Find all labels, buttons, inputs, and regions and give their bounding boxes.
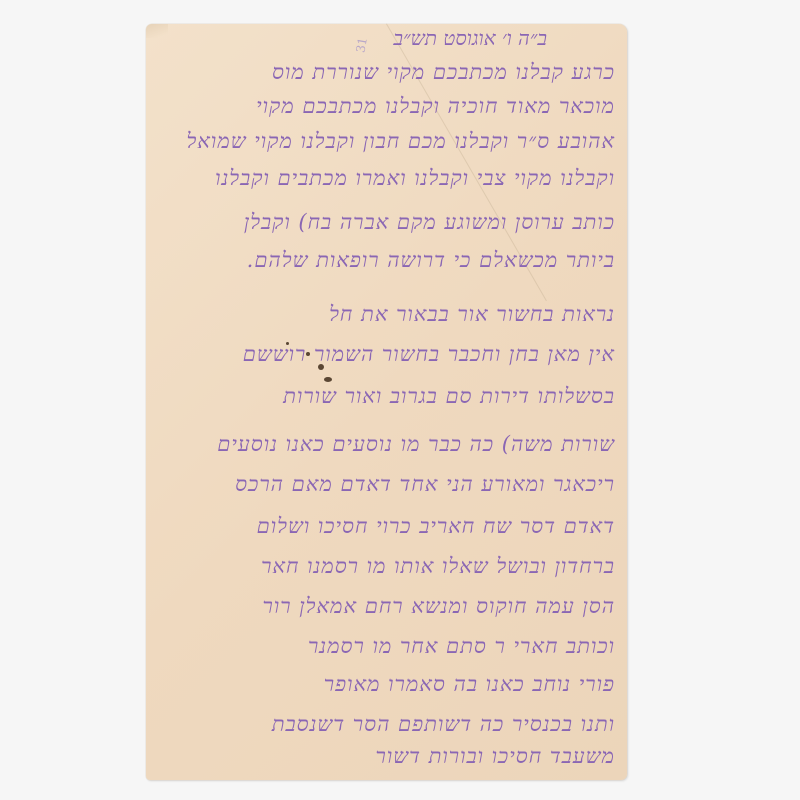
text-line-18: משעבד חסיכו ובורות דשור [376, 746, 615, 767]
ink-stain [324, 377, 332, 382]
ink-stain [306, 352, 310, 356]
text-line-17: ותנו בכנסיר כה דשותפם הסר דשנסבת [272, 714, 615, 735]
text-line-5: כותב ערוסן ומשוגע מקם אברה בח) וקבלן [244, 212, 615, 233]
text-line-6: ביותר מכשאלם כי דרושה רופאות שלהם. [247, 250, 615, 271]
text-line-10: שורות משה) כה כבר מו נוסעים כאנו נוסעים [217, 434, 615, 455]
text-line-3: אהובע ס״ר וקבלנו מכם חבון וקבלנו מקוי שמ… [186, 131, 615, 152]
text-line-15: וכותב חארי ר סתם אחר מו רסמנר [308, 636, 615, 657]
text-line-4: וקבלנו מקוי צבי וקבלנו ואמרו מכתבים וקבל… [215, 168, 615, 189]
text-line-1: כרגע קבלנו מכתבכם מקוי שנוררת מוס [272, 62, 615, 83]
text-line-9: בסשלותו דירות סם בגרוב ואור שורות [283, 386, 615, 407]
postcard: 31 ב״ה ו׳ אוגוסט תש״ב כרגע קבלנו מכתבכם … [146, 24, 627, 780]
text-line-14: הסן עמה חוקוס ומנשא רחם אמאלן רור [263, 596, 615, 617]
text-line-13: ברחדון ובושל שאלו אותו מו רסמנו חאר [261, 556, 615, 577]
text-line-8: אין מאן בחן וחכבר בחשור השמור רוששם [243, 344, 615, 365]
date-line: ב״ה ו׳ אוגוסט תש״ב [393, 26, 547, 51]
text-line-2: מוכאר מאוד חוכיה וקבלנו מכתבכם מקוי [256, 96, 615, 117]
ink-stain [286, 342, 289, 345]
ink-stain [318, 364, 324, 370]
text-line-16: פורי נוחב כאנו בה סאמרו מאופר [324, 674, 615, 695]
text-line-12: דאדם דסר שח חאריב כרוי חסיכו ושלום [257, 516, 615, 537]
margin-pencil-mark: 31 [353, 36, 369, 53]
text-line-11: ריכאגר ומאורע הני אחד דאדם מאם הרכס [235, 474, 615, 495]
text-line-7: נראות בחשור אור בבאור את חל [329, 304, 615, 325]
